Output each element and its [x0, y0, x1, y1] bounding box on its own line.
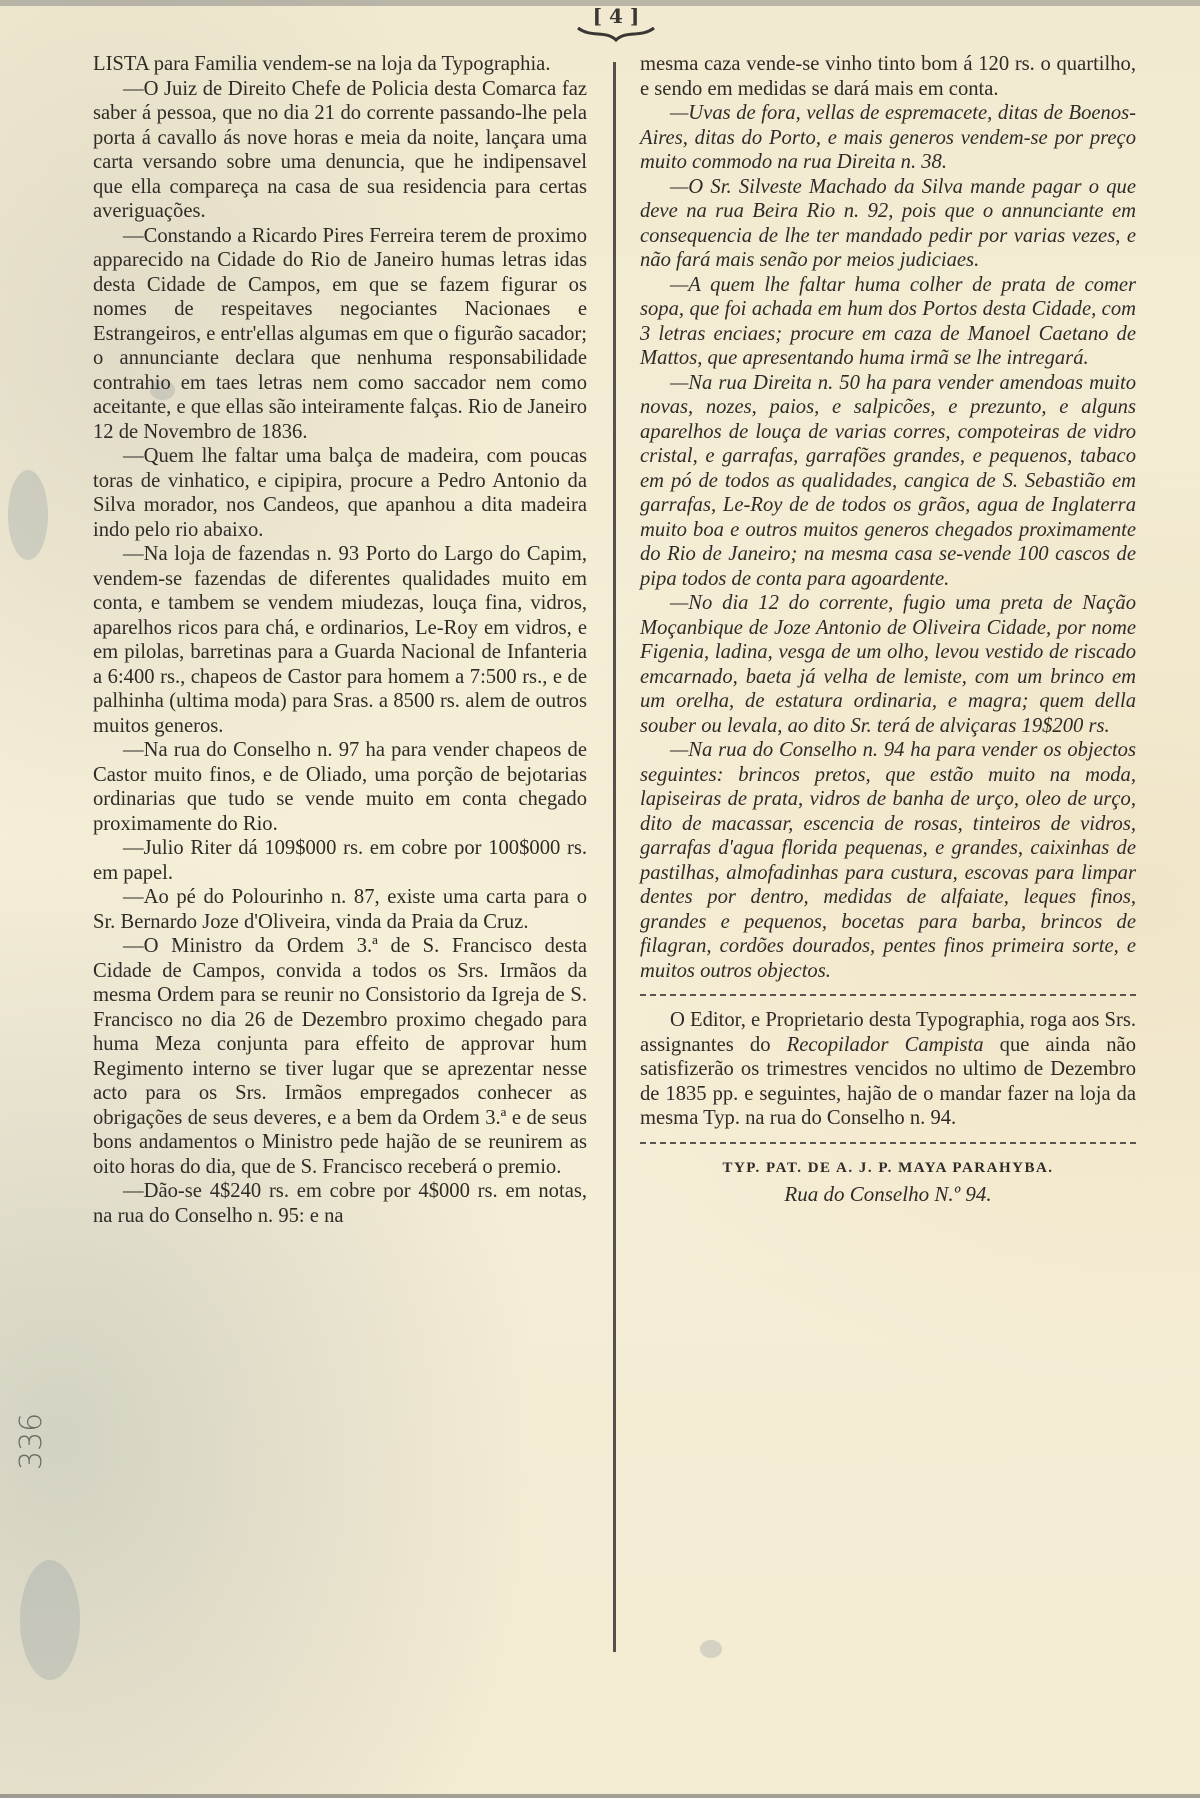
advertisement: —Uvas de fora, vellas de espremacete, di… — [640, 101, 1136, 175]
advertisement: —Julio Riter dá 109$000 rs. em cobre por… — [93, 836, 587, 885]
water-stain — [20, 1560, 80, 1680]
advertisement: LISTA para Familia vendem-se na loja da … — [93, 52, 587, 77]
advertisement: —Na rua do Conselho n. 94 ha para vender… — [640, 738, 1136, 983]
water-stain — [8, 470, 48, 560]
newspaper-page: [ 4 ] 336 LISTA para Familia vendem-se n… — [0, 0, 1200, 1798]
advertisement: —A quem lhe faltar huma colher de prata … — [640, 273, 1136, 371]
advertisement: —Na rua do Conselho n. 97 ha para vender… — [93, 738, 587, 836]
advertisement: —Dão-se 4$240 rs. em cobre por 4$000 rs.… — [93, 1179, 587, 1228]
printer-address: Rua do Conselho N.º 94. — [640, 1182, 1136, 1207]
section-divider — [640, 1142, 1136, 1144]
advertisement: —Na rua Direita n. 50 ha para vender ame… — [640, 371, 1136, 592]
water-stain — [700, 1640, 722, 1658]
section-divider — [640, 994, 1136, 996]
right-column: mesma caza vende-se vinho tinto bom á 12… — [640, 52, 1136, 1207]
editor-notice: O Editor, e Proprietario desta Typograph… — [640, 1008, 1136, 1131]
publication-title: Recopilador Campista — [787, 1034, 984, 1056]
advertisement: mesma caza vende-se vinho tinto bom á 12… — [640, 52, 1136, 101]
left-column: LISTA para Familia vendem-se na loja da … — [93, 52, 587, 1228]
advertisement: —O Juiz de Direito Chefe de Policia dest… — [93, 77, 587, 224]
advertisement: —O Sr. Silveste Machado da Silva mande p… — [640, 175, 1136, 273]
advertisement: —Constando a Ricardo Pires Ferreira tere… — [93, 224, 587, 445]
column-divider — [613, 62, 616, 1652]
advertisement: —Quem lhe faltar uma balça de madeira, c… — [93, 444, 587, 542]
scan-bottom-edge — [0, 1794, 1200, 1798]
advertisement: —No dia 12 do corrente, fugio uma preta … — [640, 591, 1136, 738]
advertisement: —O Ministro da Ordem 3.ª de S. Francisco… — [93, 934, 587, 1179]
handwritten-margin-note: 336 — [14, 1413, 49, 1470]
advertisement: —Ao pé do Polourinho n. 87, existe uma c… — [93, 885, 587, 934]
advertisement: —Na loja de fazendas n. 93 Porto do Larg… — [93, 542, 587, 738]
printer-imprint: TYP. PAT. DE A. J. P. MAYA PARAHYBA. — [640, 1156, 1136, 1181]
decorative-brace-icon — [576, 24, 656, 44]
